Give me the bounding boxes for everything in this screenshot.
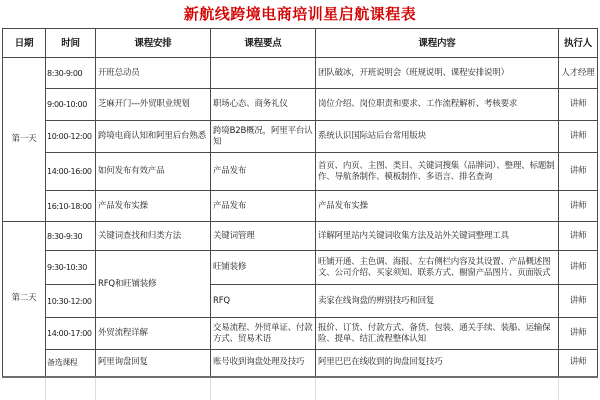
gridline-stub [210, 378, 211, 400]
cell-content: 详解阿里站内关键词收集方法及站外关键词整理工具 [316, 222, 559, 251]
cell-content: 团队破冰，开班说明会（班规说明、课程安排说明） [316, 58, 559, 89]
cell-course: 跨境电商认知和阿里后台熟悉 [96, 121, 211, 153]
gridline-stub [95, 378, 96, 400]
cell-content: 岗位介绍、岗位职责和要求、工作流程解析、考核要求 [316, 89, 559, 121]
cell-points: RFQ [211, 285, 316, 318]
cell-time: 10:00-12:00 [46, 121, 96, 153]
cell-time: 9:30-10:30 [46, 251, 96, 285]
cell-executor: 讲师 [559, 153, 598, 191]
table-row: 10:30-12:00 RFQ 卖家在线询盘的辨别技巧和回复 讲师 [3, 285, 598, 318]
header-content: 课程内容 [316, 29, 559, 58]
cell-time: 8:30-9:30 [46, 222, 96, 251]
cell-course-merged: RFQ和旺铺装修 [96, 251, 211, 318]
table-row: 9:30-10:30 RFQ和旺铺装修 旺铺装修 旺铺开通、主色调、海报、左右侧… [3, 251, 598, 285]
cell-time: 10:30-12:00 [46, 285, 96, 318]
cell-content: 旺铺开通、主色调、海报、左右侧栏内容及其设置、产品概述图文、公司介绍、买家须知、… [316, 251, 559, 285]
cell-course: 关键词查找和归类方法 [96, 222, 211, 251]
table-row: 14:00-17:00 外贸流程详解 交易流程、外贸单证、付款方式、贸易术语 报… [3, 318, 598, 350]
table-row: 14:00-16:00 如何发布有效产品 产品发布 首页、内页、主图、类目、关键… [3, 153, 598, 191]
table-row: 第二天 8:30-9:30 关键词查找和归类方法 关键词管理 详解阿里站内关键词… [3, 222, 598, 251]
cell-course: 如何发布有效产品 [96, 153, 211, 191]
cell-course: 外贸流程详解 [96, 318, 211, 350]
cell-executor: 讲师 [559, 350, 598, 377]
cell-course: 芝麻开门---外贸职业规划 [96, 89, 211, 121]
header-time: 时间 [46, 29, 96, 58]
cell-points: 关键词管理 [211, 222, 316, 251]
cell-executor: 人才经理 [559, 58, 598, 89]
cell-executor: 讲师 [559, 89, 598, 121]
cell-points: 跨境B2B概况，阿里平台认知 [211, 121, 316, 153]
cell-course: 产品发布实操 [96, 191, 211, 222]
table-row: 第一天 8:30-9:00 开班总动员 团队破冰，开班说明会（班规说明、课程安排… [3, 58, 598, 89]
cell-time: 9:00-10:00 [46, 89, 96, 121]
cell-content: 报价、订货、付款方式、备货、包装、通关手续、装船、运输保险、提单、结汇流程整体认… [316, 318, 559, 350]
cell-time: 8:30-9:00 [46, 58, 96, 89]
cell-time: 备选课程 [46, 350, 96, 377]
cell-content: 阿里巴巴在线收到的询盘回复技巧 [316, 350, 559, 377]
cell-content: 产品发布实操 [316, 191, 559, 222]
gridline-stub [558, 378, 559, 400]
cell-points: 交易流程、外贸单证、付款方式、贸易术语 [211, 318, 316, 350]
cell-executor: 讲师 [559, 222, 598, 251]
gridline-stub [45, 378, 46, 400]
cell-points [211, 58, 316, 89]
header-points: 课程要点 [211, 29, 316, 58]
cell-executor: 讲师 [559, 191, 598, 222]
cell-executor: 讲师 [559, 318, 598, 350]
cell-executor: 讲师 [559, 251, 598, 285]
page: 新航线跨境电商培训星启航课程表 日期 时间 课程安排 课程要点 课程内容 执行人… [0, 0, 600, 400]
cell-time: 14:00-16:00 [46, 153, 96, 191]
header-executor: 执行人 [559, 29, 598, 58]
header-course: 课程安排 [96, 29, 211, 58]
course-schedule-table: 日期 时间 课程安排 课程要点 课程内容 执行人 第一天 8:30-9:00 开… [2, 28, 598, 378]
cell-day-1: 第一天 [3, 58, 46, 222]
gridline-stub [315, 378, 316, 400]
cell-points: 账号收到询盘处理及技巧 [211, 350, 316, 377]
cell-points: 产品发布 [211, 153, 316, 191]
cell-points: 旺铺装修 [211, 251, 316, 285]
cell-time: 16:10-18:00 [46, 191, 96, 222]
cell-content: 首页、内页、主图、类目、关键词搜集（品牌词）、整理、标题制作、导航条制作、模板制… [316, 153, 559, 191]
cell-points: 产品发布 [211, 191, 316, 222]
cell-course: 阿里询盘回复 [96, 350, 211, 377]
cell-executor: 讲师 [559, 285, 598, 318]
header-row: 日期 时间 课程安排 课程要点 课程内容 执行人 [3, 29, 598, 58]
table-row: 备选课程 阿里询盘回复 账号收到询盘处理及技巧 阿里巴巴在线收到的询盘回复技巧 … [3, 350, 598, 377]
cell-content: 系统认识国际站后台常用版块 [316, 121, 559, 153]
cell-executor: 讲师 [559, 121, 598, 153]
cell-day-2: 第二天 [3, 222, 46, 377]
cell-content: 卖家在线询盘的辨别技巧和回复 [316, 285, 559, 318]
table-row: 16:10-18:00 产品发布实操 产品发布 产品发布实操 讲师 [3, 191, 598, 222]
table-row: 10:00-12:00 跨境电商认知和阿里后台熟悉 跨境B2B概况，阿里平台认知… [3, 121, 598, 153]
cell-points: 职场心态、商务礼仪 [211, 89, 316, 121]
header-date: 日期 [3, 29, 46, 58]
cell-time: 14:00-17:00 [46, 318, 96, 350]
table-row: 9:00-10:00 芝麻开门---外贸职业规划 职场心态、商务礼仪 岗位介绍、… [3, 89, 598, 121]
page-title: 新航线跨境电商培训星启航课程表 [0, 3, 600, 25]
cell-course: 开班总动员 [96, 58, 211, 89]
